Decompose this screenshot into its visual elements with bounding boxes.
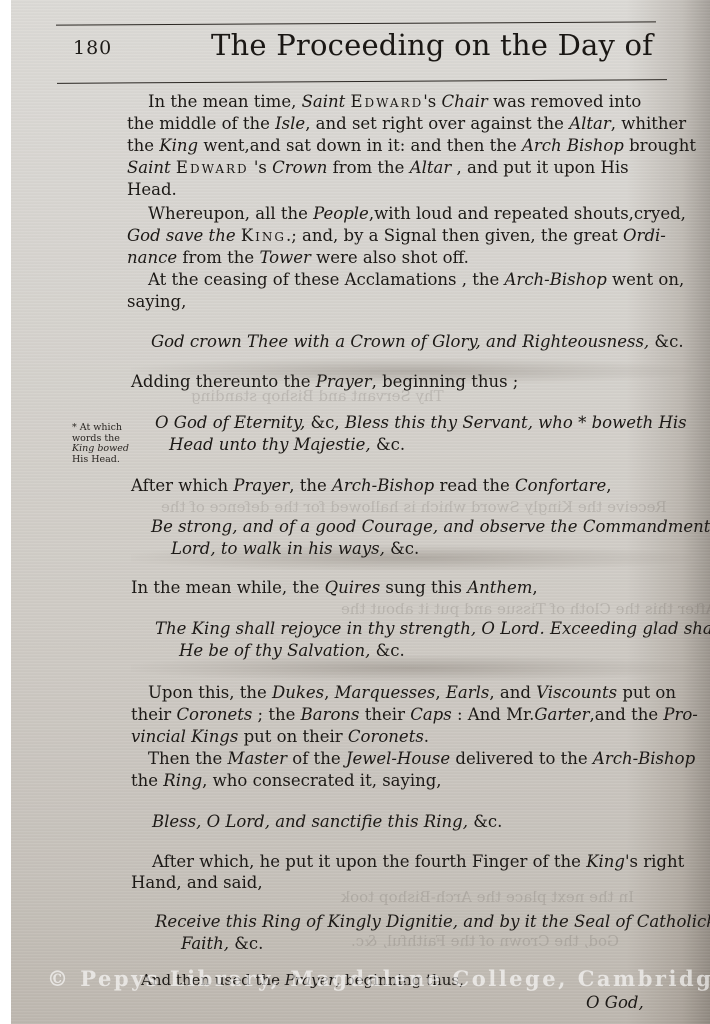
- top-rule: [56, 21, 656, 25]
- text-line: Upon this, the Dukes, Marquesses, Earls,…: [148, 683, 676, 703]
- text-line: the King went,and sat down in it: and th…: [127, 136, 696, 156]
- margin-note: * At which words the King bowed His Head…: [72, 423, 142, 465]
- text-line: In the mean while, the Quires sung this …: [131, 578, 538, 598]
- catchword: O God,: [586, 993, 644, 1013]
- running-head: The Proceeding on the Day of: [211, 28, 653, 62]
- quoted-prayer: God crown Thee with a Crown of Glory, an…: [151, 332, 684, 352]
- text-line: nance from the Tower were also shot off.: [127, 248, 469, 268]
- text-line: vincial Kings put on their Coronets.: [131, 727, 429, 747]
- text-line: the Ring, who consecrated it, saying,: [131, 771, 442, 791]
- text-line: their Coronets ; the Barons their Caps :…: [131, 705, 698, 725]
- text-line: Then the Master of the Jewel-House deliv…: [148, 749, 695, 769]
- text-line: Hand, and said,: [131, 873, 263, 893]
- text-line: In the mean time, Saint Edward's Chair w…: [148, 92, 641, 112]
- text-line: God save the King.; and, by a Signal the…: [127, 226, 666, 246]
- text-line: Adding thereunto the Prayer, beginning t…: [131, 372, 518, 392]
- anthem-text: He be of thy Salvation, &c.: [179, 641, 405, 661]
- text-line: Head.: [127, 180, 177, 200]
- page-number: 180: [73, 37, 112, 59]
- quoted-prayer: Be strong, and of a good Courage, and ob…: [151, 517, 710, 537]
- quoted-prayer: O God of Eternity, &c, Bless this thy Se…: [155, 413, 687, 433]
- quoted-prayer: Bless, O Lord, and sanctifie this Ring, …: [152, 812, 502, 832]
- show-through-text: After this the Cloth of Tissue and put i…: [341, 600, 710, 618]
- quoted-prayer: Head unto thy Majestie, &c.: [169, 435, 405, 455]
- show-through-text: Receive the Kingly Sword which is hallow…: [161, 498, 667, 516]
- copyright-watermark: © Pepys Library, Magdalene College, Camb…: [47, 966, 710, 991]
- book-page: Thy Servant and Bishop standing Receive …: [11, 0, 710, 1024]
- text-line: Saint Edward 's Crown from the Altar , a…: [127, 158, 629, 178]
- text-line: After which, he put it upon the fourth F…: [152, 852, 684, 872]
- quoted-prayer: Lord, to walk in his ways, &c.: [171, 539, 419, 559]
- show-through-text: In the next place the Arch-Bishop took: [341, 888, 634, 906]
- quoted-prayer: Faith, &c.: [181, 934, 263, 954]
- text-line: At the ceasing of these Acclamations , t…: [148, 270, 684, 290]
- text-line: Whereupon, all the People,with loud and …: [148, 204, 686, 224]
- text-line: saying,: [127, 292, 186, 312]
- anthem-text: The King shall rejoyce in thy strength, …: [155, 619, 710, 639]
- text-line: After which Prayer, the Arch-Bishop read…: [131, 476, 612, 496]
- text-line: the middle of the Isle, and set right ov…: [127, 114, 686, 134]
- header-rule: [57, 79, 667, 84]
- quoted-prayer: Receive this Ring of Kingly Dignitie, an…: [155, 912, 710, 932]
- show-through-text: God, the Crown of the Faithful, &c.: [351, 932, 619, 950]
